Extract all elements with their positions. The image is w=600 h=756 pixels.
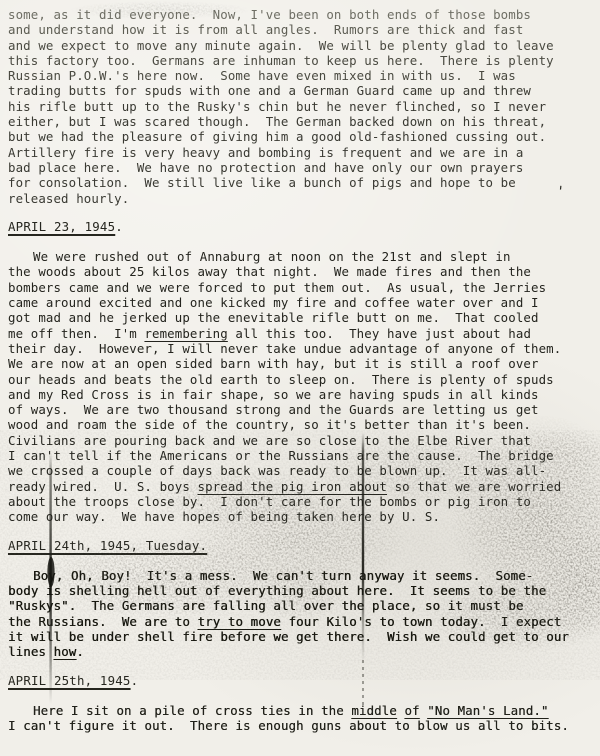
text-segment: about the troops close by. I don't care …	[8, 494, 531, 509]
underlined-text: try to move	[198, 614, 281, 629]
diary-paragraph: Boy, Oh, Boy! It's a mess. We can't turn…	[8, 568, 596, 660]
text-segment: trading butts for spuds with one and a G…	[8, 83, 531, 98]
text-line: about the troops close by. I don't care …	[8, 494, 596, 509]
entry-heading: APRIL 25th, 1945.	[8, 673, 596, 688]
text-segment: all this too. They have just about had	[228, 326, 531, 341]
entry-heading: APRIL 23, 1945.	[8, 219, 596, 234]
text-line: me off then. I'm remembering all this to…	[8, 326, 596, 341]
text-segment: their day. However, I will never take un…	[8, 341, 561, 356]
text-line: and understand how it is from all angles…	[8, 22, 596, 37]
text-segment: either, but I was scared though. The Ger…	[8, 114, 546, 129]
text-segment: I can't figure it out. There is enough g…	[8, 718, 569, 733]
diary-paragraph: We were rushed out of Annaburg at noon o…	[8, 249, 596, 524]
stray-ink-mark: '	[555, 184, 565, 201]
text-line: bad place here. We have no protection an…	[8, 160, 596, 175]
entry-heading: APRIL 24th, 1945, Tuesday.	[8, 538, 596, 553]
text-line: of ways. We are two thousand strong and …	[8, 402, 596, 417]
text-line: but we had the pleasure of giving him a …	[8, 129, 596, 144]
underlined-text: APRIL 23, 1945	[8, 219, 115, 234]
text-line: their day. However, I will never take un…	[8, 341, 596, 356]
text-line: lines how.	[8, 644, 596, 659]
text-segment: We are now at an open sided barn with ha…	[8, 356, 539, 371]
underlined-text: APRIL 24th, 1945, Tuesday.	[8, 538, 207, 553]
text-segment: four Kilo's to town today. I expect	[281, 614, 561, 629]
text-segment: ready wired. U. S. boys	[8, 479, 198, 494]
text-line: this factory too. Germans are inhuman to…	[8, 53, 596, 68]
text-line: got mad and he jerked up the enevitable …	[8, 310, 596, 325]
text-line: We are now at an open sided barn with ha…	[8, 356, 596, 371]
text-segment: got mad and he jerked up the enevitable …	[8, 310, 539, 325]
text-segment: I can't tell if the Americans or the Rus…	[8, 448, 554, 463]
scanned-diary-page: some, as it did everyone. Now, I've been…	[0, 0, 600, 756]
text-line: the Russians. We are to try to move four…	[8, 614, 596, 629]
text-line: came around excited and one kicked my fi…	[8, 295, 596, 310]
text-line: some, as it did everyone. Now, I've been…	[8, 7, 596, 22]
text-line: body is shelling hell out of everything …	[8, 583, 596, 598]
underlined-text: "No Man's Land."	[427, 703, 548, 718]
underlined-text: middle	[351, 703, 396, 718]
text-line: and my Red Cross is in fair shape, so we…	[8, 387, 596, 402]
diary-paragraph: Here I sit on a pile of cross ties in th…	[8, 703, 596, 734]
text-line: and we expect to move any minute again. …	[8, 38, 596, 53]
text-segment: released hourly.	[8, 191, 129, 206]
text-line: I can't tell if the Americans or the Rus…	[8, 448, 596, 463]
text-line: Civilians are pouring back and we are so…	[8, 433, 596, 448]
underlined-text: of	[404, 703, 419, 718]
text-segment: bombers came and we were forced to put t…	[8, 280, 546, 295]
document-text: some, as it did everyone. Now, I've been…	[8, 7, 596, 733]
text-segment: We were rushed out of Annaburg at noon o…	[33, 249, 511, 264]
text-segment: come our way. We have hopes of being tak…	[8, 509, 440, 524]
text-segment: bad place here. We have no protection an…	[8, 160, 523, 175]
text-segment: of ways. We are two thousand strong and …	[8, 402, 539, 417]
text-line: We were rushed out of Annaburg at noon o…	[8, 249, 596, 264]
text-line: I can't figure it out. There is enough g…	[8, 718, 596, 733]
text-segment: Civilians are pouring back and we are so…	[8, 433, 531, 448]
diary-paragraph: some, as it did everyone. Now, I've been…	[8, 7, 596, 206]
text-segment: the woods about 25 kilos away that night…	[8, 264, 531, 279]
text-segment: the Russians. We are to	[8, 614, 198, 629]
text-segment: "Ruskys". The Germans are falling all ov…	[8, 598, 523, 613]
text-segment: and understand how it is from all angles…	[8, 22, 523, 37]
text-line: either, but I was scared though. The Ger…	[8, 114, 596, 129]
text-segment: .	[115, 219, 123, 234]
text-line: the woods about 25 kilos away that night…	[8, 264, 596, 279]
text-segment: for consolation. We still live like a bu…	[8, 175, 516, 190]
text-segment: body is shelling hell out of everything …	[8, 583, 546, 598]
text-line: his rifle butt up to the Rusky's chin bu…	[8, 99, 596, 114]
underlined-text: how	[53, 644, 76, 659]
text-line: Russian P.O.W.'s here now. Some have eve…	[8, 68, 596, 83]
text-line: our heads and beats the old earth to sle…	[8, 372, 596, 387]
text-segment: our heads and beats the old earth to sle…	[8, 372, 554, 387]
text-line: come our way. We have hopes of being tak…	[8, 509, 596, 524]
text-line: it will be under shell fire before we ge…	[8, 629, 596, 644]
text-line: trading butts for spuds with one and a G…	[8, 83, 596, 98]
text-line: Boy, Oh, Boy! It's a mess. We can't turn…	[8, 568, 596, 583]
underlined-text: APRIL 25th, 1945	[8, 673, 131, 688]
text-line: bombers came and we were forced to put t…	[8, 280, 596, 295]
text-line: ready wired. U. S. boys spread the pig i…	[8, 479, 596, 494]
text-line: Here I sit on a pile of cross ties in th…	[8, 703, 596, 718]
underlined-text: spread the pig iron about	[198, 479, 388, 494]
text-line: for consolation. We still live like a bu…	[8, 175, 596, 190]
text-segment: came around excited and one kicked my fi…	[8, 295, 539, 310]
text-line: we crossed a couple of days back was rea…	[8, 463, 596, 478]
text-segment: and we expect to move any minute again. …	[8, 38, 554, 53]
text-segment: lines	[8, 644, 53, 659]
text-segment: wood and roam the side of the country, s…	[8, 417, 531, 432]
text-segment: Here I sit on a pile of cross ties in th…	[33, 703, 351, 718]
text-segment: Artillery fire is very heavy and bombing…	[8, 145, 523, 160]
underlined-text: remembering	[144, 326, 227, 341]
text-segment: .	[76, 644, 84, 659]
text-line: APRIL 24th, 1945, Tuesday.	[8, 538, 596, 553]
text-segment: Boy, Oh, Boy! It's a mess. We can't turn…	[33, 568, 533, 583]
text-segment: but we had the pleasure of giving him a …	[8, 129, 546, 144]
text-segment: his rifle butt up to the Rusky's chin bu…	[8, 99, 546, 114]
text-segment: so that we are worried	[387, 479, 561, 494]
text-segment: we crossed a couple of days back was rea…	[8, 463, 546, 478]
text-line: wood and roam the side of the country, s…	[8, 417, 596, 432]
text-line: "Ruskys". The Germans are falling all ov…	[8, 598, 596, 613]
text-segment: this factory too. Germans are inhuman to…	[8, 53, 554, 68]
text-segment: Russian P.O.W.'s here now. Some have eve…	[8, 68, 516, 83]
text-segment: me off then. I'm	[8, 326, 144, 341]
text-segment: .	[131, 673, 139, 688]
text-segment: it will be under shell fire before we ge…	[8, 629, 569, 644]
text-segment: some, as it did everyone. Now, I've been…	[8, 7, 531, 22]
text-segment: and my Red Cross is in fair shape, so we…	[8, 387, 539, 402]
text-line: released hourly.	[8, 191, 596, 206]
text-line: APRIL 23, 1945.	[8, 219, 596, 234]
text-line: Artillery fire is very heavy and bombing…	[8, 145, 596, 160]
text-line: APRIL 25th, 1945.	[8, 673, 596, 688]
